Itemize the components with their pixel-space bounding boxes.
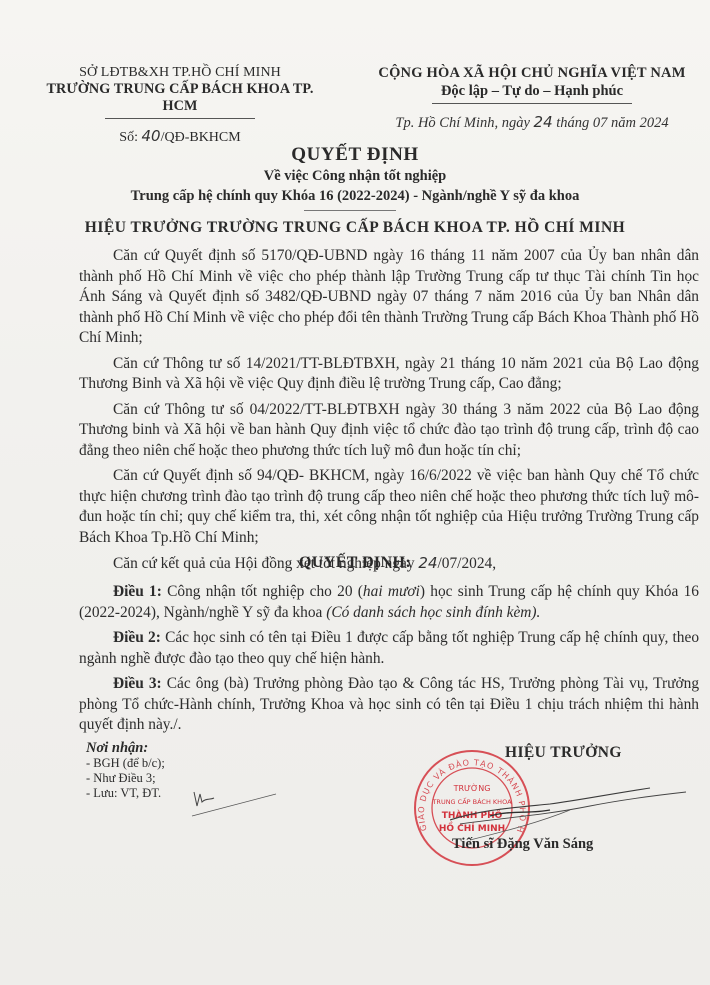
doc-number-label: Số: [119, 130, 138, 145]
signer-name: Tiến sĩ Đặng Văn Sáng [452, 836, 593, 853]
preamble-paragraph: Căn cứ Thông tư số 14/2021/TT-BLĐTBXH, n… [79, 354, 699, 395]
recipients: Nơi nhận: - BGH (để b/c); - Như Điều 3; … [86, 741, 165, 801]
document-subject: Về việc Công nhận tốt nghiệp [0, 168, 710, 185]
recipient-item: - Như Điều 3; [86, 771, 165, 786]
nation-name: CỘNG HÒA XÃ HỘI CHỦ NGHĨA VIỆT NAM [372, 64, 692, 82]
preamble-paragraph: Căn cứ Thông tư số 04/2022/TT-BLĐTBXH ng… [79, 400, 699, 462]
preamble: Căn cứ Quyết định số 5170/QĐ-UBND ngày 1… [79, 246, 699, 580]
title-rule [304, 210, 396, 211]
article-text: Các học sinh có tên tại Điều 1 được cấp … [79, 629, 699, 667]
national-header: CỘNG HÒA XÃ HỘI CHỦ NGHĨA VIỆT NAM Độc l… [372, 64, 692, 132]
motto-rule [432, 103, 632, 104]
date-day-handwritten: 24 [534, 113, 553, 131]
issuer-header: SỞ LĐTB&XH TP.HỒ CHÍ MINH TRƯỜNG TRUNG C… [30, 64, 330, 146]
national-motto: Độc lập – Tự do – Hạnh phúc [372, 82, 692, 100]
recipient-item: - Lưu: VT, ĐT. [86, 786, 165, 801]
document-title: QUYẾT ĐỊNH [0, 144, 710, 166]
preamble-paragraph: Căn cứ Quyết định số 5170/QĐ-UBND ngày 1… [79, 246, 699, 349]
department-name: SỞ LĐTB&XH TP.HỒ CHÍ MINH [30, 64, 330, 81]
document-page: SỞ LĐTB&XH TP.HỒ CHÍ MINH TRƯỜNG TRUNG C… [0, 0, 710, 985]
recipient-item: - BGH (để b/c); [86, 756, 165, 771]
decision-heading: QUYẾT ĐỊNH: [0, 554, 710, 572]
date-prefix: Tp. Hồ Chí Minh, ngày [395, 115, 530, 131]
doc-number-handwritten: 40 [141, 127, 160, 145]
article-1: Điều 1: Công nhận tốt nghiệp cho 20 (hai… [79, 582, 699, 623]
article-3: Điều 3: Các ông (bà) Trưởng phòng Đào tạ… [79, 674, 699, 736]
article-italic: hai mươi [363, 583, 420, 600]
recipients-title: Nơi nhận: [86, 741, 165, 756]
initial-signature-icon [190, 782, 280, 822]
article-2: Điều 2: Các học sinh có tên tại Điều 1 đ… [79, 628, 699, 669]
article-text: Các ông (bà) Trưởng phòng Đào tạo & Công… [79, 675, 699, 733]
school-name: TRƯỜNG TRUNG CẤP BÁCH KHOA TP. HCM [30, 81, 330, 115]
article-italic: (Có danh sách học sinh đính kèm). [326, 604, 540, 621]
article-label: Điều 3: [113, 675, 162, 692]
article-text: Công nhận tốt nghiệp cho 20 ( [162, 583, 363, 600]
issue-date: Tp. Hồ Chí Minh, ngày 24 tháng 07 năm 20… [372, 113, 692, 132]
doc-number-suffix: /QĐ-BKHCM [161, 130, 241, 145]
preamble-paragraph: Căn cứ Quyết định số 94/QĐ- BKHCM, ngày … [79, 466, 699, 548]
articles: Điều 1: Công nhận tốt nghiệp cho 20 (hai… [79, 582, 699, 741]
article-label: Điều 1: [113, 583, 162, 600]
program-line: Trung cấp hệ chính quy Khóa 16 (2022-202… [0, 188, 710, 205]
date-suffix: tháng 07 năm 2024 [556, 115, 668, 131]
header-rule [105, 118, 255, 119]
issuing-authority: HIỆU TRƯỞNG TRƯỜNG TRUNG CẤP BÁCH KHOA T… [0, 219, 710, 237]
article-label: Điều 2: [113, 629, 161, 646]
